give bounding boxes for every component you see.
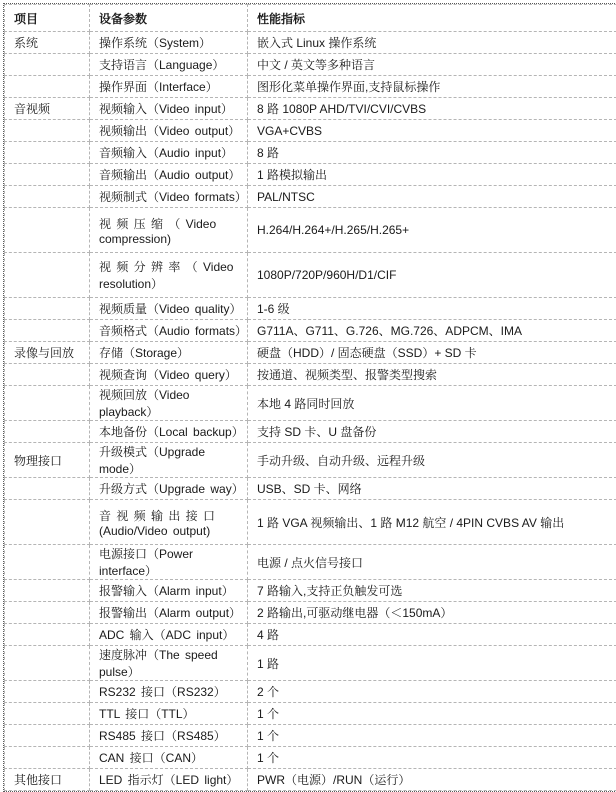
category-cell: 物理接口 <box>5 443 90 478</box>
category-cell <box>5 681 90 703</box>
table-row: 本地备份（Local backup）支持 SD 卡、U 盘备份 <box>5 421 616 443</box>
spec-table-body: 系统操作系统（System）嵌入式 Linux 操作系统支持语言（Languag… <box>5 32 616 791</box>
table-row: 视频制式（Video formats）PAL/NTSC <box>5 186 616 208</box>
category-cell: 其他接口 <box>5 769 90 791</box>
parameter-cell: 速度脉冲（The speed pulse） <box>90 646 248 681</box>
category-cell: 录像与回放 <box>5 342 90 364</box>
category-cell <box>5 253 90 298</box>
value-cell: G711A、G711、G.726、MG.726、ADPCM、IMA <box>248 320 616 342</box>
parameter-cell: 升级方式（Upgrade way） <box>90 478 248 500</box>
value-cell: 1 个 <box>248 703 616 725</box>
category-cell <box>5 725 90 747</box>
category-cell <box>5 320 90 342</box>
parameter-cell: 视频输出（Video output） <box>90 120 248 142</box>
table-row: 报警输出（Alarm output）2 路输出,可驱动继电器（＜150mA） <box>5 602 616 624</box>
category-cell <box>5 646 90 681</box>
category-cell <box>5 421 90 443</box>
table-row: 录像与回放存储（Storage）硬盘（HDD）/ 固态硬盘（SSD）+ SD 卡 <box>5 342 616 364</box>
table-row: 音视频视频输入（Video input）8 路 1080P AHD/TVI/CV… <box>5 98 616 120</box>
spec-table: 项目 设备参数 性能指标 系统操作系统（System）嵌入式 Linux 操作系… <box>4 4 616 791</box>
parameter-cell: 报警输出（Alarm output） <box>90 602 248 624</box>
parameter-cell: 存储（Storage） <box>90 342 248 364</box>
table-row: RS232 接口（RS232）2 个 <box>5 681 616 703</box>
table-row: 视频回放（Video playback）本地 4 路同时回放 <box>5 386 616 421</box>
category-cell <box>5 54 90 76</box>
parameter-cell: LED 指示灯（LED light） <box>90 769 248 791</box>
parameter-cell: 视频输入（Video input） <box>90 98 248 120</box>
header-parameter-column: 设备参数 <box>90 5 248 32</box>
parameter-cell: RS485 接口（RS485） <box>90 725 248 747</box>
category-cell <box>5 364 90 386</box>
category-cell <box>5 186 90 208</box>
value-cell: 1080P/720P/960H/D1/CIF <box>248 253 616 298</box>
value-cell: 中文 / 英文等多种语言 <box>248 54 616 76</box>
value-cell: PWR（电源）/RUN（运行） <box>248 769 616 791</box>
value-cell: 嵌入式 Linux 操作系统 <box>248 32 616 54</box>
header-item-column: 项目 <box>5 5 90 32</box>
parameter-cell: 音频格式（Audio formats） <box>90 320 248 342</box>
table-row: 物理接口升级模式（Upgrade mode）手动升级、自动升级、远程升级 <box>5 443 616 478</box>
category-cell: 系统 <box>5 32 90 54</box>
category-cell <box>5 624 90 646</box>
page: 项目 设备参数 性能指标 系统操作系统（System）嵌入式 Linux 操作系… <box>0 0 616 772</box>
value-cell: 本地 4 路同时回放 <box>248 386 616 421</box>
parameter-cell: 电源接口（Power interface） <box>90 545 248 580</box>
parameter-cell: 本地备份（Local backup） <box>90 421 248 443</box>
parameter-cell: 操作系统（System） <box>90 32 248 54</box>
category-cell <box>5 208 90 253</box>
table-row: 视频输出（Video output）VGA+CVBS <box>5 120 616 142</box>
table-row: 视频查询（Video query）按通道、视频类型、报警类型搜索 <box>5 364 616 386</box>
value-cell: 7 路输入,支持正负触发可选 <box>248 580 616 602</box>
parameter-cell: 视 频 分 辨 率 （ Video resolution） <box>90 253 248 298</box>
value-cell: VGA+CVBS <box>248 120 616 142</box>
header-spec-column: 性能指标 <box>248 5 616 32</box>
category-cell <box>5 703 90 725</box>
category-cell <box>5 602 90 624</box>
value-cell: 1 个 <box>248 747 616 769</box>
category-cell: 音视频 <box>5 98 90 120</box>
table-row: 支持语言（Language）中文 / 英文等多种语言 <box>5 54 616 76</box>
parameter-cell: 视频查询（Video query） <box>90 364 248 386</box>
parameter-cell: 视频回放（Video playback） <box>90 386 248 421</box>
category-cell <box>5 120 90 142</box>
table-row: 系统操作系统（System）嵌入式 Linux 操作系统 <box>5 32 616 54</box>
parameter-cell: ADC 输入（ADC input） <box>90 624 248 646</box>
value-cell: PAL/NTSC <box>248 186 616 208</box>
value-cell: 2 个 <box>248 681 616 703</box>
parameter-cell: 视频制式（Video formats） <box>90 186 248 208</box>
parameter-cell: 视 频 压 缩 （ Video compression) <box>90 208 248 253</box>
table-row: 视 频 压 缩 （ Video compression)H.264/H.264+… <box>5 208 616 253</box>
value-cell: 1 路 <box>248 646 616 681</box>
parameter-cell: 视频质量（Video quality） <box>90 298 248 320</box>
table-row: 报警输入（Alarm input）7 路输入,支持正负触发可选 <box>5 580 616 602</box>
table-row: 视 频 分 辨 率 （ Video resolution）1080P/720P/… <box>5 253 616 298</box>
parameter-cell: 升级模式（Upgrade mode） <box>90 443 248 478</box>
table-row: 音频格式（Audio formats）G711A、G711、G.726、MG.7… <box>5 320 616 342</box>
value-cell: 1 个 <box>248 725 616 747</box>
parameter-cell: 音频输入（Audio input） <box>90 142 248 164</box>
category-cell <box>5 580 90 602</box>
table-row: 速度脉冲（The speed pulse）1 路 <box>5 646 616 681</box>
value-cell: 2 路输出,可驱动继电器（＜150mA） <box>248 602 616 624</box>
value-cell: 图形化菜单操作界面,支持鼠标操作 <box>248 76 616 98</box>
value-cell: 1-6 级 <box>248 298 616 320</box>
table-row: 操作界面（Interface）图形化菜单操作界面,支持鼠标操作 <box>5 76 616 98</box>
value-cell: H.264/H.264+/H.265/H.265+ <box>248 208 616 253</box>
parameter-cell: 音频输出（Audio output） <box>90 164 248 186</box>
parameter-cell: 音 视 频 输 出 接 口 (Audio/Video output) <box>90 500 248 545</box>
value-cell: 8 路 1080P AHD/TVI/CVI/CVBS <box>248 98 616 120</box>
category-cell <box>5 164 90 186</box>
header-row: 项目 设备参数 性能指标 <box>5 5 616 32</box>
category-cell <box>5 478 90 500</box>
parameter-cell: CAN 接口（CAN） <box>90 747 248 769</box>
parameter-cell: 操作界面（Interface） <box>90 76 248 98</box>
value-cell: 硬盘（HDD）/ 固态硬盘（SSD）+ SD 卡 <box>248 342 616 364</box>
table-row: TTL 接口（TTL）1 个 <box>5 703 616 725</box>
parameter-cell: 报警输入（Alarm input） <box>90 580 248 602</box>
value-cell: 电源 / 点火信号接口 <box>248 545 616 580</box>
parameter-cell: TTL 接口（TTL） <box>90 703 248 725</box>
spec-table-frame: 项目 设备参数 性能指标 系统操作系统（System）嵌入式 Linux 操作系… <box>3 3 615 792</box>
table-row: 音 视 频 输 出 接 口 (Audio/Video output)1 路 VG… <box>5 500 616 545</box>
value-cell: 手动升级、自动升级、远程升级 <box>248 443 616 478</box>
category-cell <box>5 500 90 545</box>
category-cell <box>5 142 90 164</box>
table-row: 升级方式（Upgrade way）USB、SD 卡、网络 <box>5 478 616 500</box>
table-row: 电源接口（Power interface）电源 / 点火信号接口 <box>5 545 616 580</box>
table-row: CAN 接口（CAN）1 个 <box>5 747 616 769</box>
table-row: 音频输出（Audio output）1 路模拟输出 <box>5 164 616 186</box>
category-cell <box>5 298 90 320</box>
category-cell <box>5 76 90 98</box>
value-cell: USB、SD 卡、网络 <box>248 478 616 500</box>
value-cell: 8 路 <box>248 142 616 164</box>
value-cell: 1 路 VGA 视频输出、1 路 M12 航空 / 4PIN CVBS AV 输… <box>248 500 616 545</box>
value-cell: 1 路模拟输出 <box>248 164 616 186</box>
table-row: 音频输入（Audio input）8 路 <box>5 142 616 164</box>
category-cell <box>5 386 90 421</box>
value-cell: 支持 SD 卡、U 盘备份 <box>248 421 616 443</box>
value-cell: 4 路 <box>248 624 616 646</box>
category-cell <box>5 545 90 580</box>
table-row: ADC 输入（ADC input）4 路 <box>5 624 616 646</box>
table-row: 视频质量（Video quality）1-6 级 <box>5 298 616 320</box>
parameter-cell: RS232 接口（RS232） <box>90 681 248 703</box>
table-row: RS485 接口（RS485）1 个 <box>5 725 616 747</box>
value-cell: 按通道、视频类型、报警类型搜索 <box>248 364 616 386</box>
category-cell <box>5 747 90 769</box>
parameter-cell: 支持语言（Language） <box>90 54 248 76</box>
